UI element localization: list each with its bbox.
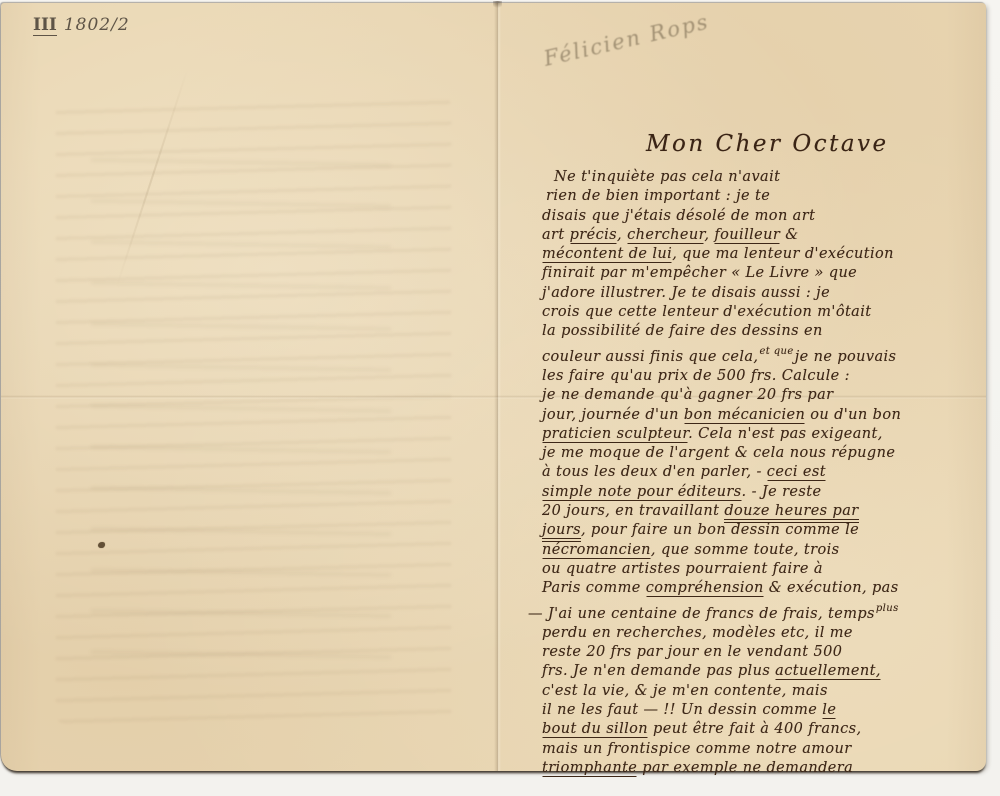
letter-text: nécromancien	[542, 542, 651, 558]
letter-line: simple note pour éditeurs. - Je reste	[542, 483, 992, 502]
letter-text: , que ma lenteur d'exécution	[672, 246, 894, 262]
letter-line: ou quatre artistes pourraient faire à	[542, 560, 992, 579]
letter-text: je me moque de l'argent & cela nous répu…	[542, 445, 895, 461]
letter-text: couleur aussi finis que cela,	[542, 349, 758, 365]
letter-text: — J'ai une centaine de francs de frais, …	[528, 606, 875, 622]
letter-line: il ne les faut — !! Un dessin comme le	[542, 701, 992, 720]
letter-text: douze heures par	[724, 503, 858, 523]
letter-text: bout du sillon	[542, 721, 648, 737]
letter-line: reste 20 frs par jour en le vendant 500	[542, 643, 992, 662]
letter-text: . - Je reste	[742, 484, 822, 500]
archival-digits: 1802/2	[64, 15, 130, 35]
letter-line: Ne t'inquiète pas cela n'avait	[554, 168, 992, 187]
letter-text: ,	[617, 227, 627, 243]
letter-line: je me moque de l'argent & cela nous répu…	[542, 444, 992, 463]
letter-text: frs. Je n'en demande pas plus	[542, 663, 775, 679]
letter-text: mécontent de lui	[542, 246, 672, 262]
letter-text: à tous les deux d'en parler, -	[542, 464, 767, 480]
salutation: Mon Cher Octave	[646, 131, 889, 157]
scan-backdrop: III1802/2 Félicien Rops Mon Cher Octave …	[0, 0, 1000, 796]
letter-text: je ne pouvais	[795, 349, 897, 365]
letter-text: fouilleur	[714, 227, 780, 243]
fold-notch	[493, 1, 502, 10]
letter-line: praticien sculpteur. Cela n'est pas exig…	[542, 425, 992, 444]
letter-text: Ne t'inquiète pas cela n'avait	[554, 169, 780, 185]
letter-text: jours	[542, 522, 581, 542]
letter-line: frs. Je n'en demande pas plus actuelleme…	[542, 662, 992, 681]
letter-text: compréhension	[646, 580, 764, 596]
letter-text: crois que cette lenteur d'exécution m'ôt…	[542, 304, 871, 320]
letter-line: finirait par m'empêcher « Le Livre » que	[542, 264, 992, 283]
letter-text: ou d'un bon	[805, 407, 901, 423]
interline-insertion: plus	[876, 599, 899, 618]
letter-text: bon mécanicien	[684, 407, 805, 423]
letter-line: crois que cette lenteur d'exécution m'ôt…	[542, 303, 992, 322]
letter-text: & exécution, pas	[764, 580, 899, 596]
letter-text: c'est la vie, & je m'en contente, mais	[542, 683, 828, 699]
letter-line: jour, journée d'un bon mécanicien ou d'u…	[542, 406, 992, 425]
letter-text: simple note pour éditeurs	[542, 484, 742, 500]
letter-text: le	[822, 702, 836, 718]
vertical-fold-crease	[494, 3, 501, 771]
letter-text: la possibilité de faire des dessins en	[542, 323, 823, 339]
letter-text: actuellement,	[775, 663, 881, 679]
interline-insertion: et que	[759, 342, 793, 361]
ink-showthrough-2	[91, 133, 391, 673]
letter-text: les faire qu'au prix de 500 frs. Calcule…	[542, 368, 850, 384]
letter-scan: III1802/2 Félicien Rops Mon Cher Octave …	[1, 3, 986, 771]
letter-text: mais un frontispice comme notre amour	[542, 741, 852, 757]
letter-line: je ne demande qu'à gagner 20 frs par	[542, 386, 992, 405]
letter-text: peut être fait à 400 francs,	[648, 721, 861, 737]
letter-text: disais que j'étais désolé de mon art	[542, 208, 815, 224]
archival-number: III1802/2	[33, 15, 130, 35]
letter-text: précis	[570, 227, 617, 243]
letter-text: par exemple ne demandera	[637, 760, 853, 776]
letter-text: ,	[704, 227, 714, 243]
letter-text: chercheur	[627, 227, 704, 243]
letter-text: perdu en recherches, modèles etc, il me	[542, 625, 853, 641]
letter-line: nécromancien, que somme toute, trois	[542, 541, 992, 560]
letter-line: rien de bien important : je te	[546, 187, 992, 206]
letter-text: Paris comme	[542, 580, 646, 596]
letter-text: &	[780, 227, 798, 243]
letter-line: mécontent de lui, que ma lenteur d'exécu…	[542, 245, 992, 264]
letter-text: , que somme toute, trois	[651, 542, 840, 558]
letter-line: les faire qu'au prix de 500 frs. Calcule…	[542, 367, 992, 386]
letter-body: Ne t'inquiète pas cela n'avaitrien de bi…	[542, 168, 992, 778]
letter-text: , pour faire un bon dessin comme le	[581, 522, 859, 538]
letter-line: Paris comme compréhension & exécution, p…	[542, 579, 992, 598]
letter-line: mais un frontispice comme notre amour	[542, 740, 992, 759]
letter-text: j'adore illustrer. Je te disais aussi : …	[542, 285, 830, 301]
letter-text: finirait par m'empêcher « Le Livre » que	[542, 265, 857, 281]
letter-text: ceci est	[767, 464, 826, 480]
letter-text: rien de bien important : je te	[546, 188, 770, 204]
letter-text: triomphante	[542, 760, 637, 776]
letter-line: couleur aussi finis que cela,et queje ne…	[542, 342, 992, 367]
letter-text: ou quatre artistes pourraient faire à	[542, 561, 823, 577]
letter-line: — J'ai une centaine de francs de frais, …	[528, 599, 992, 624]
letter-line: la possibilité de faire des dessins en	[542, 322, 992, 341]
letter-line: 20 jours, en travaillant douze heures pa…	[542, 502, 992, 521]
letter-text: reste 20 frs par jour en le vendant 500	[542, 644, 842, 660]
letter-text: art	[542, 227, 570, 243]
letter-text: jour, journée d'un	[542, 407, 684, 423]
letter-line: bout du sillon peut être fait à 400 fran…	[542, 720, 992, 739]
letter-text: je ne demande qu'à gagner 20 frs par	[542, 387, 833, 403]
letter-line: jours, pour faire un bon dessin comme le	[542, 521, 992, 540]
letter-text: 20 jours, en travaillant	[542, 503, 724, 519]
letter-line: c'est la vie, & je m'en contente, mais	[542, 682, 992, 701]
letter-text: . Cela n'est pas exigeant,	[688, 426, 883, 442]
letter-text: il ne les faut — !! Un dessin comme	[542, 702, 822, 718]
letter-line: art précis, chercheur, fouilleur &	[542, 226, 992, 245]
letter-line: j'adore illustrer. Je te disais aussi : …	[542, 284, 992, 303]
letter-line: à tous les deux d'en parler, - ceci est	[542, 463, 992, 482]
letter-line: perdu en recherches, modèles etc, il me	[542, 624, 992, 643]
letter-line: disais que j'étais désolé de mon art	[542, 207, 992, 226]
archival-roman-numeral: III	[33, 15, 57, 36]
letter-line: triomphante par exemple ne demandera	[542, 759, 992, 778]
pencil-attribution-note: Félicien Rops	[542, 0, 791, 71]
letter-text: praticien sculpteur	[542, 426, 688, 442]
